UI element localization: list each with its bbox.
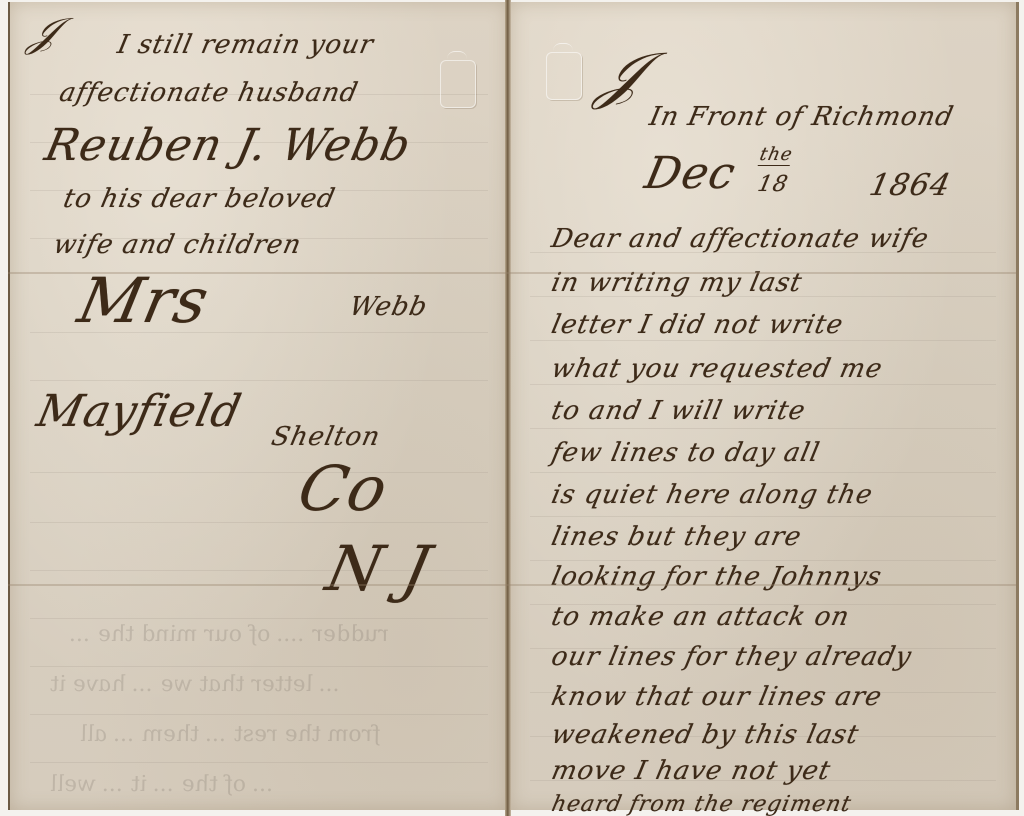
center-fold [505, 0, 511, 816]
capital-i-flourish: 𝒥 [25, 10, 63, 56]
capital-i-flourish: 𝒥 [592, 38, 652, 112]
ruled-line [530, 516, 996, 517]
body-line: know that our lines are [549, 682, 885, 712]
address-town: Shelton [269, 422, 383, 452]
letter-sheet: rudder .... of our mind the ... ... lett… [0, 0, 1024, 816]
ruled-line [30, 714, 488, 715]
body-line: our lines for they already [549, 642, 915, 672]
body-line: heard from the regiment [549, 792, 854, 816]
address-county: Co [292, 452, 394, 525]
bleed-through-text: ... of the ... it ... well [47, 772, 276, 797]
bleed-through-text: from the rest ... them ... all [77, 722, 383, 747]
address-salutation: Mrs [72, 264, 215, 337]
address-state: N J [320, 532, 437, 605]
horizontal-fold [8, 272, 1016, 274]
bleed-through-text: rudder .... of our mind the ... [67, 622, 391, 647]
ruled-line [30, 522, 488, 523]
address-place: Mayfield [33, 386, 247, 437]
ruled-line [30, 380, 488, 381]
ruled-line [530, 384, 996, 385]
ruled-line [530, 472, 996, 473]
closing-line-2: affectionate husband [57, 78, 361, 108]
body-line: is quiet here along the [549, 480, 876, 510]
closing-line-5: wife and children [51, 230, 305, 260]
body-line: what you requested me [549, 354, 886, 384]
ruled-line [530, 428, 996, 429]
closing-line-4: to his dear beloved [61, 184, 338, 214]
body-line: lines but they are [549, 522, 805, 552]
heading-month: Dec [641, 148, 741, 199]
body-line: letter I did not write [549, 310, 846, 340]
left-page: rudder .... of our mind the ... ... lett… [8, 2, 508, 810]
ruled-line [30, 472, 488, 473]
heading-location: In Front of Richmond [647, 102, 957, 132]
bleed-through-text: ... letter that we ... have it [47, 672, 343, 697]
ruled-line [30, 666, 488, 667]
ruled-line [30, 762, 488, 763]
body-line: move I have not yet [549, 756, 834, 786]
heading-day-suffix: the [758, 144, 795, 166]
ruled-line [30, 618, 488, 619]
closing-line-1: I still remain your [115, 30, 377, 60]
body-line: few lines to day all [549, 438, 823, 468]
body-line: weakened by this last [549, 720, 862, 750]
body-line: to make an attack on [549, 602, 853, 632]
embossed-crest-icon [440, 60, 476, 108]
ruled-line [530, 340, 996, 341]
body-line: Dear and affectionate wife [549, 224, 932, 254]
horizontal-fold [8, 584, 1016, 586]
heading-year: 1864 [866, 168, 954, 203]
ruled-line [530, 560, 996, 561]
heading-day: 18 [755, 172, 790, 197]
right-page: 𝒥 In Front of Richmond Dec the 18 1864 D… [510, 2, 1019, 810]
body-line: looking for the Johnnys [549, 562, 885, 592]
embossed-crest-icon [546, 52, 582, 100]
address-surname: Webb [347, 292, 431, 322]
body-line: to and I will write [549, 396, 809, 426]
signature-name: Reuben J. Webb [41, 120, 416, 171]
